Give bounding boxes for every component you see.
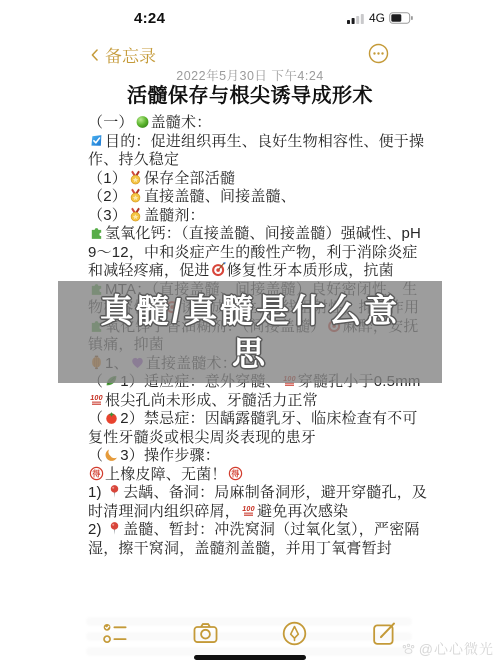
compose-button[interactable]: [371, 620, 398, 647]
note-date: 2022年5月30日 下午4:24: [58, 66, 442, 84]
nav-bar: 备忘录: [58, 42, 442, 68]
home-indicator[interactable]: [194, 655, 306, 660]
more-menu-button[interactable]: [367, 42, 390, 65]
back-button[interactable]: 备忘录: [88, 42, 156, 67]
tomato-icon: [104, 410, 119, 425]
note-paragraph: （2）直接盖髓、间接盖髓、: [88, 188, 428, 207]
croissant-icon: [104, 447, 119, 462]
pin-icon: [107, 521, 122, 536]
signal-icon: [347, 13, 365, 24]
medal-icon: [128, 170, 143, 185]
note-paragraph: （1）保存全部活髓: [88, 170, 428, 189]
note-paragraph: 2) 盖髓、暂封：冲洗窝洞（过氧化氢），严密隔湿，擦干窝洞，盖髓剂盖髓，并用丁氧…: [88, 521, 428, 558]
compose-icon: [371, 620, 398, 647]
markup-icon: [281, 620, 308, 647]
paw-icon: [401, 642, 416, 657]
back-label: 备忘录: [105, 42, 156, 67]
status-bar: 4:24 4G: [58, 8, 442, 30]
chevron-left-icon: [88, 45, 103, 65]
checklist-button[interactable]: [102, 620, 129, 647]
note-paragraph: 氢氧化钙：（直接盖髓、间接盖髓）强碱性、pH9～12，中和炎症产生的酸性产物，利…: [88, 225, 428, 281]
checklist-icon: [102, 620, 129, 647]
note-paragraph: （2）禁忌症：因龋露髓乳牙、临床检查有不可复性牙髓炎或根尖周炎表现的患牙: [88, 410, 428, 447]
stamp-de-icon: [89, 466, 104, 481]
note-paragraph: （3）盖髓剂：: [88, 207, 428, 226]
battery-icon: [389, 12, 414, 24]
screenshot-root: 4:24 4G 备忘: [0, 0, 500, 666]
puzzle-icon: [89, 225, 104, 240]
note-paragraph: 目的：促进组织再生、良好生物相容性、便于操作、持久稳定: [88, 133, 428, 170]
corner-watermark-text: @心心微光: [419, 639, 494, 659]
note-paragraph: 1) 去龋、备洞：局麻制备洞形，避开穿髓孔，及时清理洞内组织碎屑，避免再次感染: [88, 484, 428, 521]
green-ball-icon: [135, 114, 150, 129]
blue-check-icon: [89, 133, 104, 148]
corner-watermark: @心心微光: [401, 639, 494, 659]
pin-icon: [107, 484, 122, 499]
camera-button[interactable]: [192, 620, 219, 647]
markup-button[interactable]: [281, 620, 308, 647]
status-right-cluster: 4G: [347, 11, 414, 25]
stamp-de-icon: [228, 466, 243, 481]
hundred-icon: [241, 503, 256, 518]
medal-icon: [128, 207, 143, 222]
watermark-text-line2: 思: [232, 332, 268, 375]
note-paragraph: 上橡皮障、无菌！: [88, 466, 428, 485]
note-paragraph: （一）盖髓术：: [88, 114, 428, 133]
status-time: 4:24: [134, 10, 165, 27]
phone-screen: 4:24 4G 备忘: [58, 0, 442, 666]
network-label: 4G: [369, 11, 385, 25]
watermark-band: 真髓/真髓是什么意 思: [58, 281, 442, 383]
medal-icon: [128, 188, 143, 203]
ellipsis-circle-icon: [367, 42, 390, 65]
note-title: 活髓保存与根尖诱导成形术: [58, 84, 442, 109]
watermark-text-line1: 真髓/真髓是什么意: [100, 289, 400, 332]
camera-icon: [192, 620, 219, 647]
target-icon: [211, 262, 226, 277]
note-paragraph: （3）操作步骤：: [88, 447, 428, 466]
hundred-icon: [89, 392, 104, 407]
